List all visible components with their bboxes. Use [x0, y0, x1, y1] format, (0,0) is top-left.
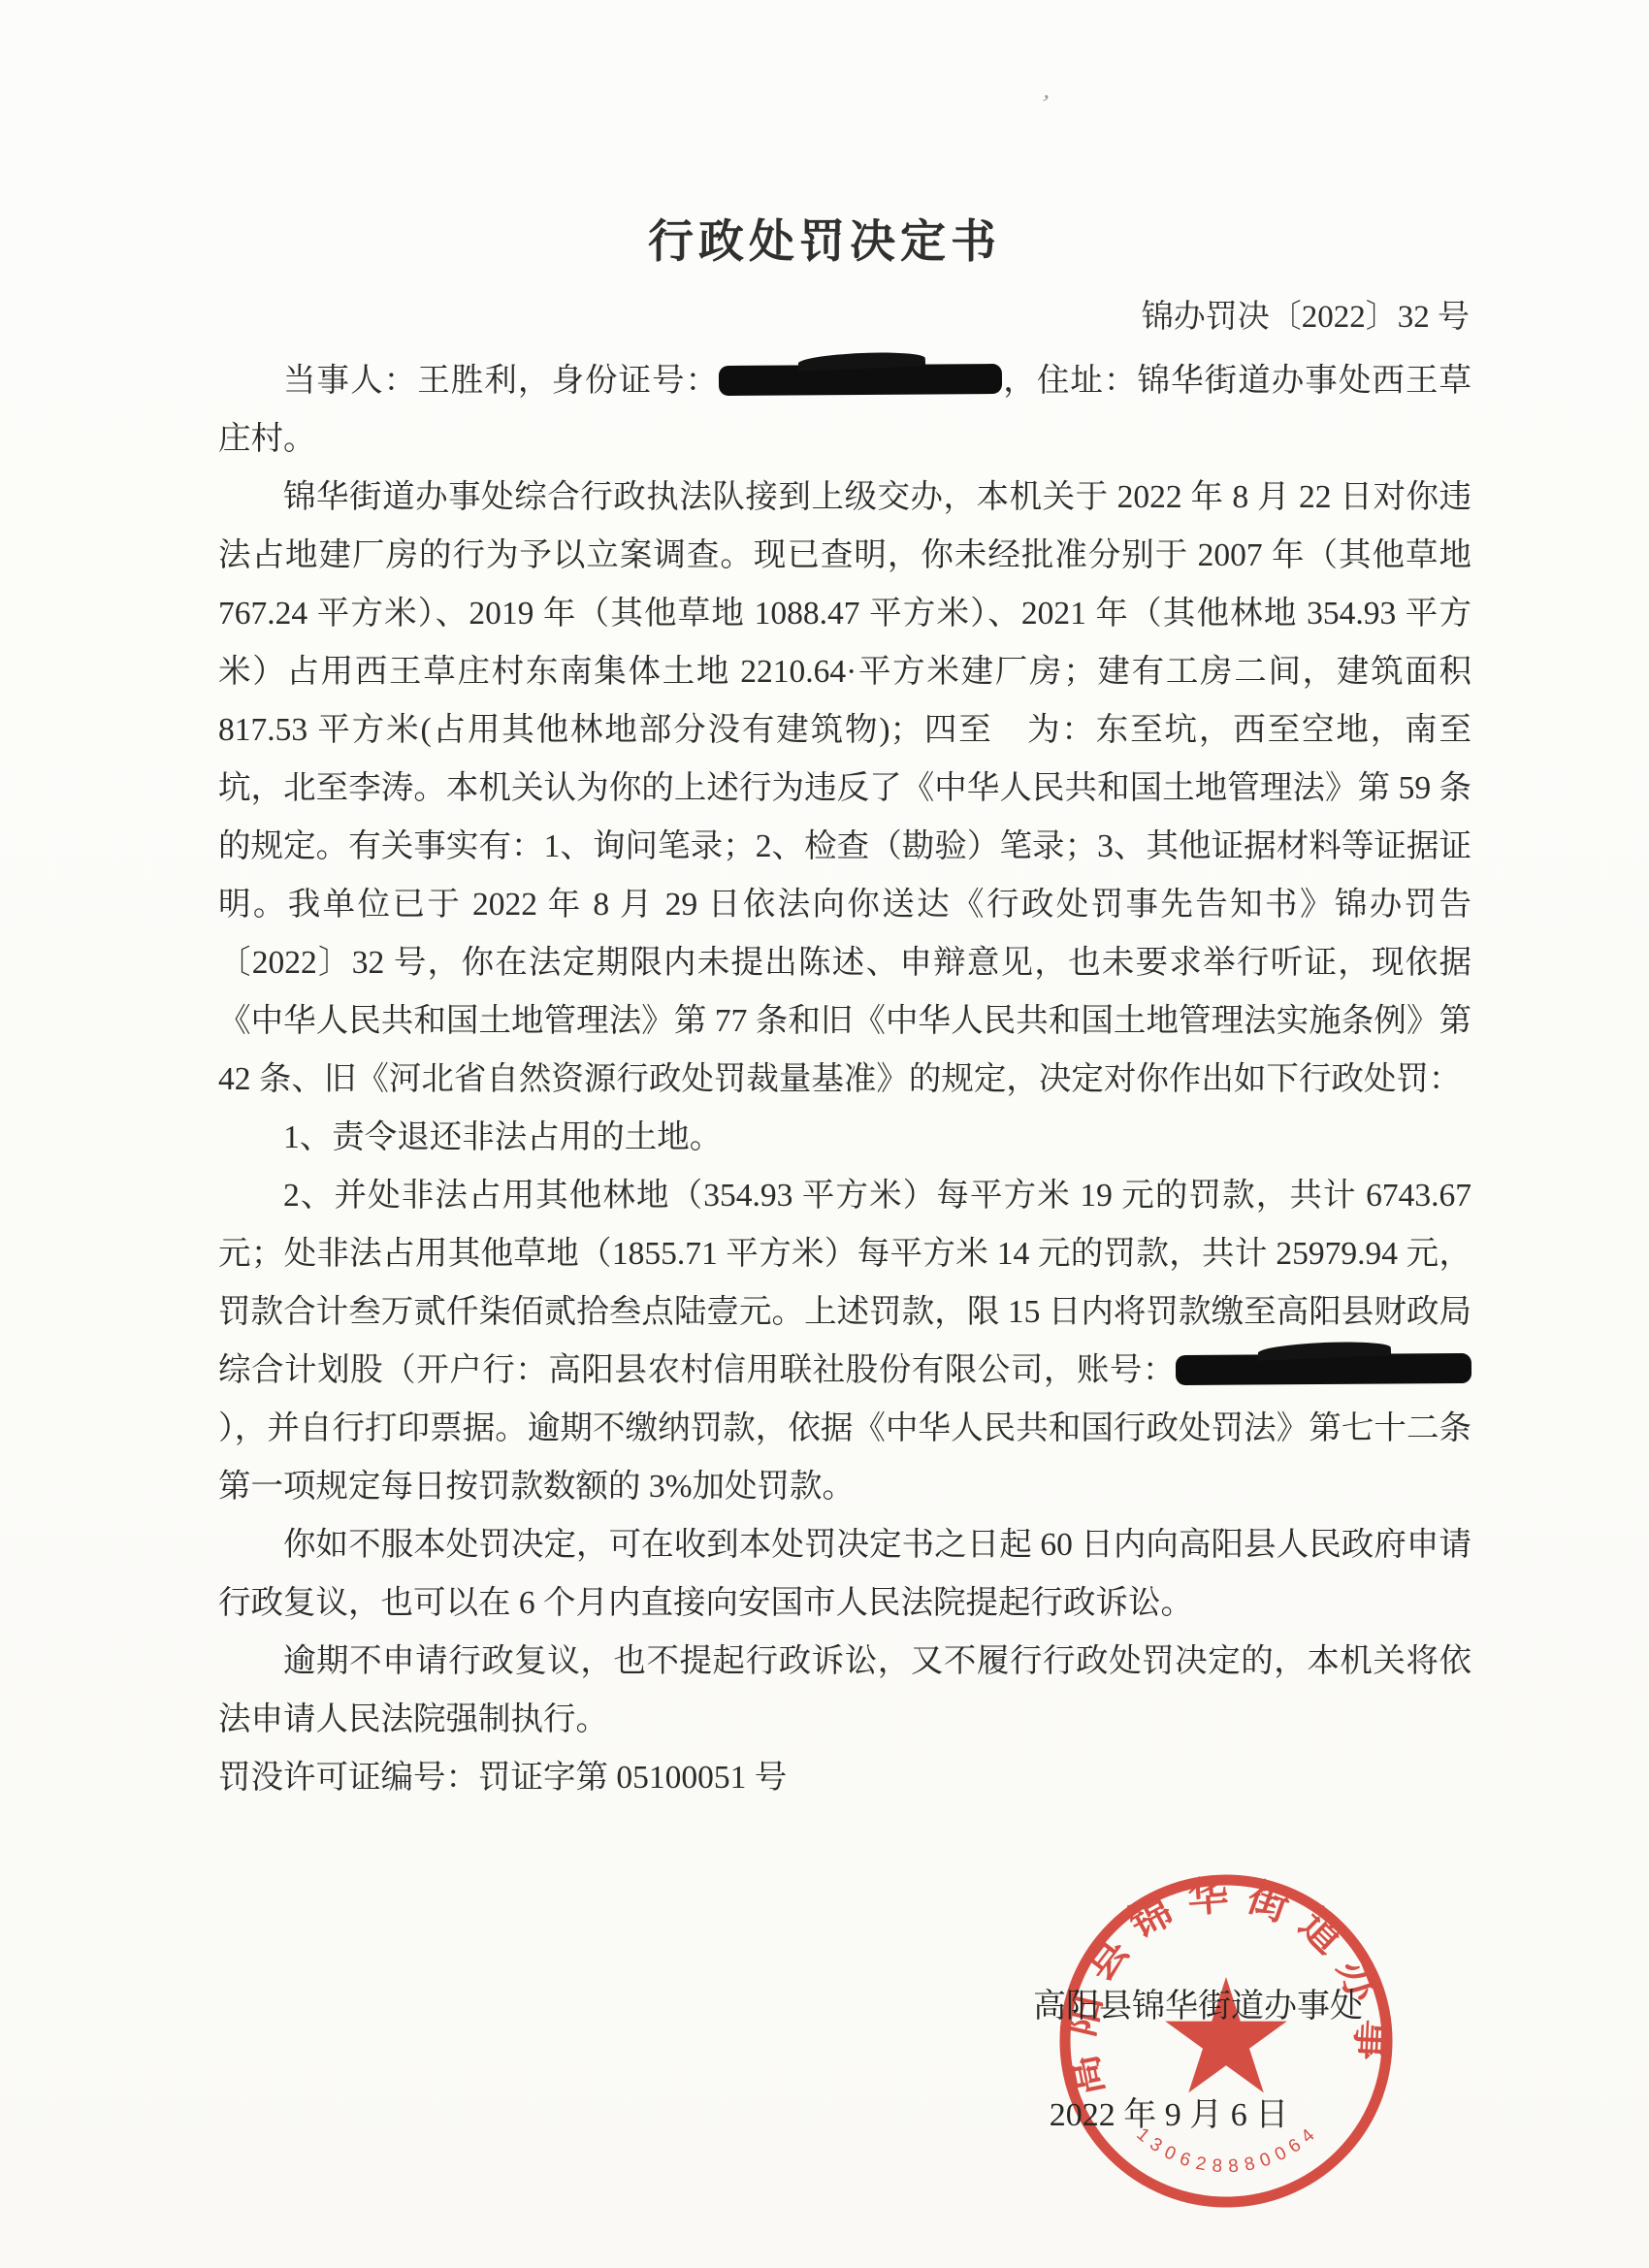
- penalty-item-1: 1、责令退还非法占用的土地。: [218, 1109, 1471, 1167]
- scan-speck-artifact: ’: [1036, 88, 1053, 118]
- enforcement-paragraph: 逾期不申请行政复议，也不提起行政诉讼，又不履行行政处罚决定的，本机关将依法申请人…: [218, 1633, 1471, 1749]
- redacted-account-number: [1176, 1353, 1471, 1385]
- scanned-document-page: ’ 行政处罚决定书 锦办罚决〔2022〕32 号 当事人：王胜利，身份证号：，住…: [0, 0, 1649, 2268]
- penalty-item-2: 2、并处非法占用其他林地（354.93 平方米）每平方米 19 元的罚款，共计 …: [218, 1167, 1471, 1516]
- official-red-seal: 高阳县锦华街道办事处 1306288800641: [1046, 1861, 1406, 2221]
- license-number-line: 罚没许可证编号：罚证字第 05100051 号: [218, 1749, 1471, 1807]
- redacted-id-number: [719, 364, 1002, 396]
- document-number: 锦办罚决〔2022〕32 号: [218, 291, 1470, 337]
- penalty-item-2-after: ），并自行打印票据。逾期不缴纳罚款，依据《中华人民共和国行政处罚法》第七十二条第…: [218, 1410, 1471, 1505]
- document-body: 当事人：王胜利，身份证号：，住址：锦华街道办事处西王草庄村。 锦华街道办事处综合…: [218, 352, 1471, 1807]
- document-title: 行政处罚决定书: [0, 206, 1649, 271]
- facts-paragraph: 锦华街道办事处综合行政执法队接到上级交办，本机关于 2022 年 8 月 22 …: [218, 469, 1471, 1109]
- party-text-before: 当事人：王胜利，身份证号：: [283, 363, 719, 399]
- issuing-agency-signature: 高阳县锦华街道办事处: [999, 1979, 1397, 2026]
- appeal-paragraph: 你如不服本处罚决定，可在收到本处罚决定书之日起 60 日内向高阳县人民政府申请行…: [218, 1516, 1471, 1633]
- party-paragraph: 当事人：王胜利，身份证号：，住址：锦华街道办事处西王草庄村。: [218, 352, 1471, 469]
- issue-date: 2022 年 9 月 6 日: [975, 2088, 1363, 2135]
